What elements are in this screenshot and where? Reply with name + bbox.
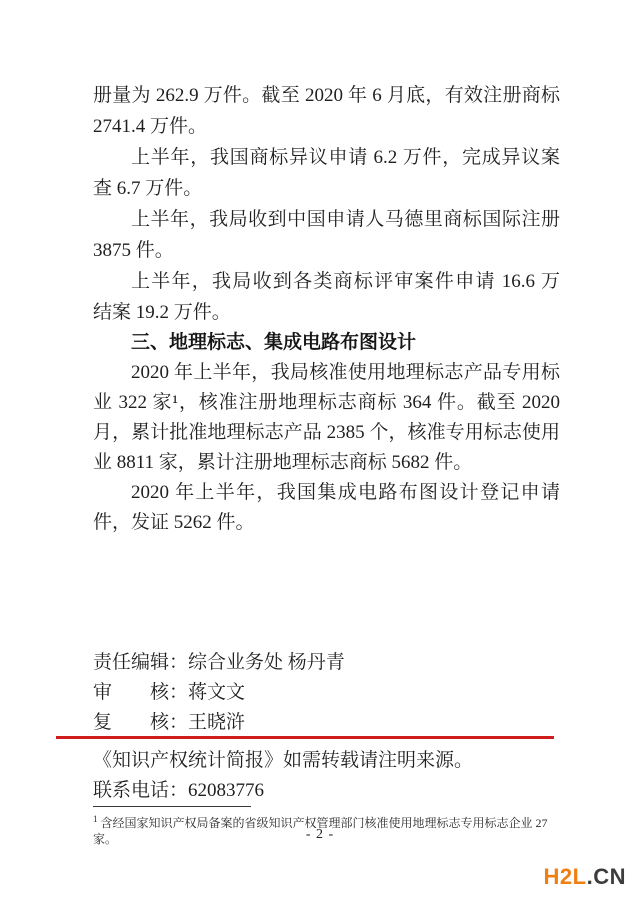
body-line: 月，累计批准地理标志产品 2385 个，核准专用标志使用企 xyxy=(93,418,560,448)
body-line: 业 8811 家，累计注册地理标志商标 5682 件。 xyxy=(93,448,560,478)
page-number: - 2 - xyxy=(0,827,640,843)
body-line: 上半年，我局收到各类商标评审案件申请 16.6 万件， xyxy=(93,266,560,297)
document-body: 册量为 262.9 万件。截至 2020 年 6 月底，有效注册商标量 2741… xyxy=(93,80,560,538)
contact-phone: 联系电话：62083776 xyxy=(93,776,560,806)
body-line: 查 6.7 万件。 xyxy=(93,173,560,204)
credit-editor: 责任编辑：综合业务处 杨丹青 xyxy=(93,648,560,678)
watermark-suffix: .CN xyxy=(587,864,626,889)
body-line: 结案 19.2 万件。 xyxy=(93,297,560,328)
body-line: 2020 年上半年，我国集成电路布图设计登记申请 5176 xyxy=(93,478,560,508)
footnote-separator xyxy=(93,806,251,807)
body-line: 册量为 262.9 万件。截至 2020 年 6 月底，有效注册商标量 xyxy=(93,80,560,111)
geographic-indication-section: 2020 年上半年，我局核准使用地理标志产品专用标志企 业 322 家¹，核准注… xyxy=(93,358,560,538)
body-line: 3875 件。 xyxy=(93,235,560,266)
credit-reviewer: 审 核：蒋文文 xyxy=(93,678,560,708)
red-divider-line xyxy=(56,736,554,739)
credits-block: 责任编辑：综合业务处 杨丹青 审 核：蒋文文 复 核：王晓浒 xyxy=(93,648,560,738)
body-line: 业 322 家¹，核准注册地理标志商标 364 件。截至 2020 年 6 xyxy=(93,388,560,418)
watermark-brand: H2L xyxy=(544,864,587,889)
credit-approver: 复 核：王晓浒 xyxy=(93,708,560,738)
site-watermark: H2L.CN xyxy=(544,864,626,890)
body-line: 2020 年上半年，我局核准使用地理标志产品专用标志企 xyxy=(93,358,560,388)
body-line: 上半年，我局收到中国申请人马德里商标国际注册申请 xyxy=(93,204,560,235)
body-line: 件，发证 5262 件。 xyxy=(93,508,560,538)
footnote-marker: 1 xyxy=(93,814,98,824)
section-heading: 三、地理标志、集成电路布图设计 xyxy=(93,328,560,358)
document-page: 册量为 262.9 万件。截至 2020 年 6 月底，有效注册商标量 2741… xyxy=(0,0,640,905)
reprint-notice: 《知识产权统计简报》如需转载请注明来源。 xyxy=(93,746,560,776)
body-line: 上半年，我国商标异议申请 6.2 万件，完成异议案件审 xyxy=(93,142,560,173)
trademark-section: 册量为 262.9 万件。截至 2020 年 6 月底，有效注册商标量 2741… xyxy=(93,80,560,328)
body-line: 2741.4 万件。 xyxy=(93,111,560,142)
